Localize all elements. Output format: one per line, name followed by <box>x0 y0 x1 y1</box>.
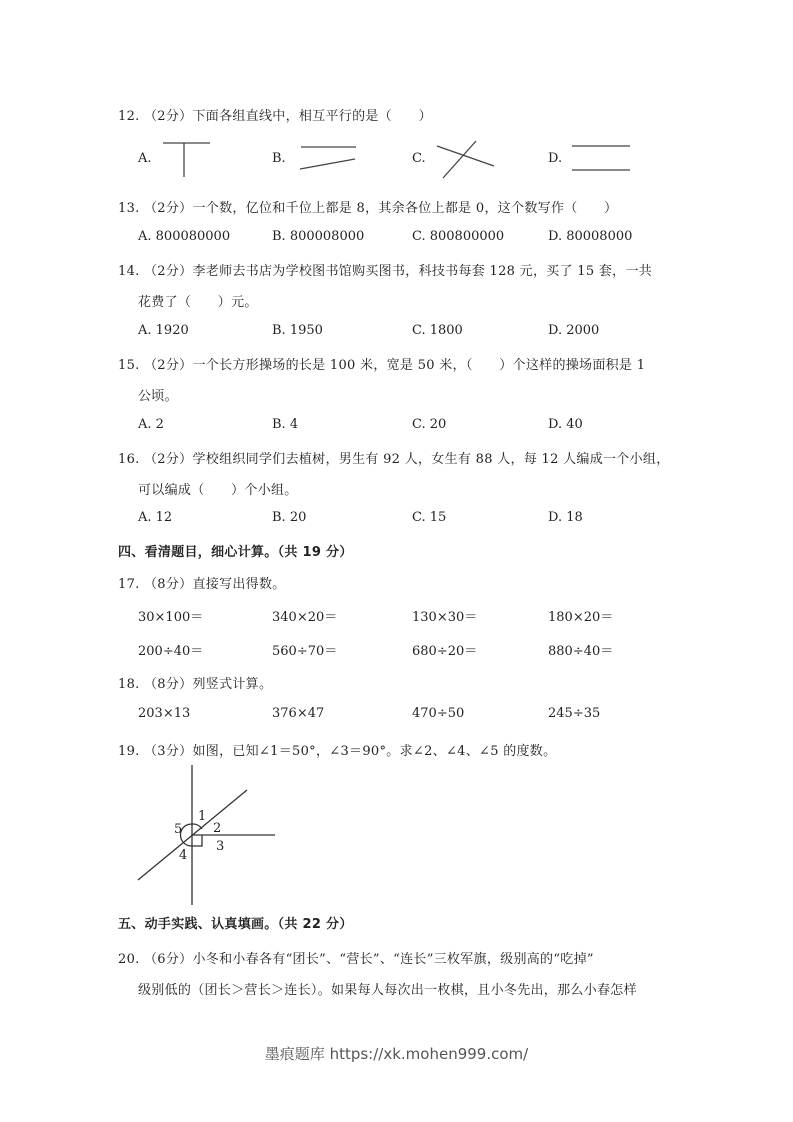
q18-expr: 203×13 <box>138 706 190 721</box>
q16-option-a: A. 12 <box>138 510 172 525</box>
angle-diagram: 1 2 3 4 5 <box>130 760 290 910</box>
q18-expr: 376×47 <box>272 706 324 721</box>
q15-option-d: D. 40 <box>548 417 583 432</box>
q18-expr: 245÷35 <box>548 706 600 721</box>
q17-expr: 130×30＝ <box>412 606 477 625</box>
q14-option-a: A. 1920 <box>138 323 189 338</box>
figure-a-perpendicular-lines <box>163 143 210 177</box>
figure-d-parallel-lines <box>572 146 630 170</box>
question-15-line2: 公顷。 <box>138 385 178 404</box>
question-16-line1: 16. （2分）学校组织同学们去植树，男生有 92 人，女生有 88 人，每 1… <box>118 448 670 467</box>
section-4-heading: 四、看清题目，细心计算。（共 19 分） <box>118 541 353 560</box>
q14-option-c: C. 1800 <box>412 323 463 338</box>
angle-label-2: 2 <box>213 821 221 836</box>
q15-option-a: A. 2 <box>138 417 164 432</box>
q16-option-b: B. 20 <box>272 510 306 525</box>
q17-expr: 200÷40＝ <box>138 640 203 659</box>
q16-option-c: C. 15 <box>412 510 446 525</box>
q17-expr: 180×20＝ <box>548 606 613 625</box>
question-16-line2: 可以编成（ ）个小组。 <box>138 479 298 498</box>
question-20-line2: 级别低的（团长＞营长＞连长）。如果每人每次出一枚棋，且小冬先出，那么小春怎样 <box>138 979 637 998</box>
q17-expr: 880÷40＝ <box>548 640 613 659</box>
q16-option-d: D. 18 <box>548 510 583 525</box>
question-15-line1: 15. （2分）一个长方形操场的长是 100 米，宽是 50 米，（ ）个这样的… <box>118 354 645 373</box>
q15-option-b: B. 4 <box>272 417 298 432</box>
q18-expr: 470÷50 <box>412 706 464 721</box>
question-14-line2: 花费了（ ）元。 <box>138 291 258 310</box>
right-angle-mark <box>192 835 202 846</box>
q13-option-a: A. 800080000 <box>138 229 230 244</box>
angle-4-arc <box>183 842 192 846</box>
question-17-text: 17. （8分）直接写出得数。 <box>118 573 286 592</box>
q17-expr: 560÷70＝ <box>272 640 337 659</box>
angle-label-1: 1 <box>198 809 206 824</box>
section-5-heading: 五、动手实践、认真填画。（共 22 分） <box>118 913 353 932</box>
q13-option-d: D. 80008000 <box>548 229 632 244</box>
angle-label-5: 5 <box>174 822 182 837</box>
q14-option-b: B. 1950 <box>272 323 323 338</box>
figure-c-intersecting-lines <box>437 141 494 178</box>
q14-option-d: D. 2000 <box>548 323 599 338</box>
question-19-text: 19. （3分）如图，已知∠1＝50°，∠3＝90°。求∠2、∠4、∠5 的度数… <box>118 740 556 759</box>
question-20-line1: 20. （6分）小冬和小春各有“团长”、“营长”、“连长”三枚军旗，级别高的“吃… <box>118 948 594 967</box>
q13-option-c: C. 800800000 <box>412 229 504 244</box>
q17-expr: 680÷20＝ <box>412 640 477 659</box>
question-14-line1: 14. （2分）李老师去书店为学校图书馆购买图书，科技书每套 128 元，买了 … <box>118 260 652 279</box>
q15-option-c: C. 20 <box>412 417 446 432</box>
figure-b-nonparallel-lines <box>300 147 356 169</box>
q12-line-figures <box>0 0 793 200</box>
q13-option-b: B. 800008000 <box>272 229 364 244</box>
footer-watermark: 墨痕题库 https://xk.mohen999.com/ <box>0 1043 793 1064</box>
question-18-text: 18. （8分）列竖式计算。 <box>118 673 272 692</box>
q17-expr: 340×20＝ <box>272 606 337 625</box>
question-13-text: 13. （2分）一个数，亿位和千位上都是 8，其余各位上都是 0，这个数写作（ … <box>118 197 617 216</box>
angle-label-4: 4 <box>179 848 187 863</box>
q17-expr: 30×100＝ <box>138 606 203 625</box>
angle-label-3: 3 <box>216 839 224 854</box>
